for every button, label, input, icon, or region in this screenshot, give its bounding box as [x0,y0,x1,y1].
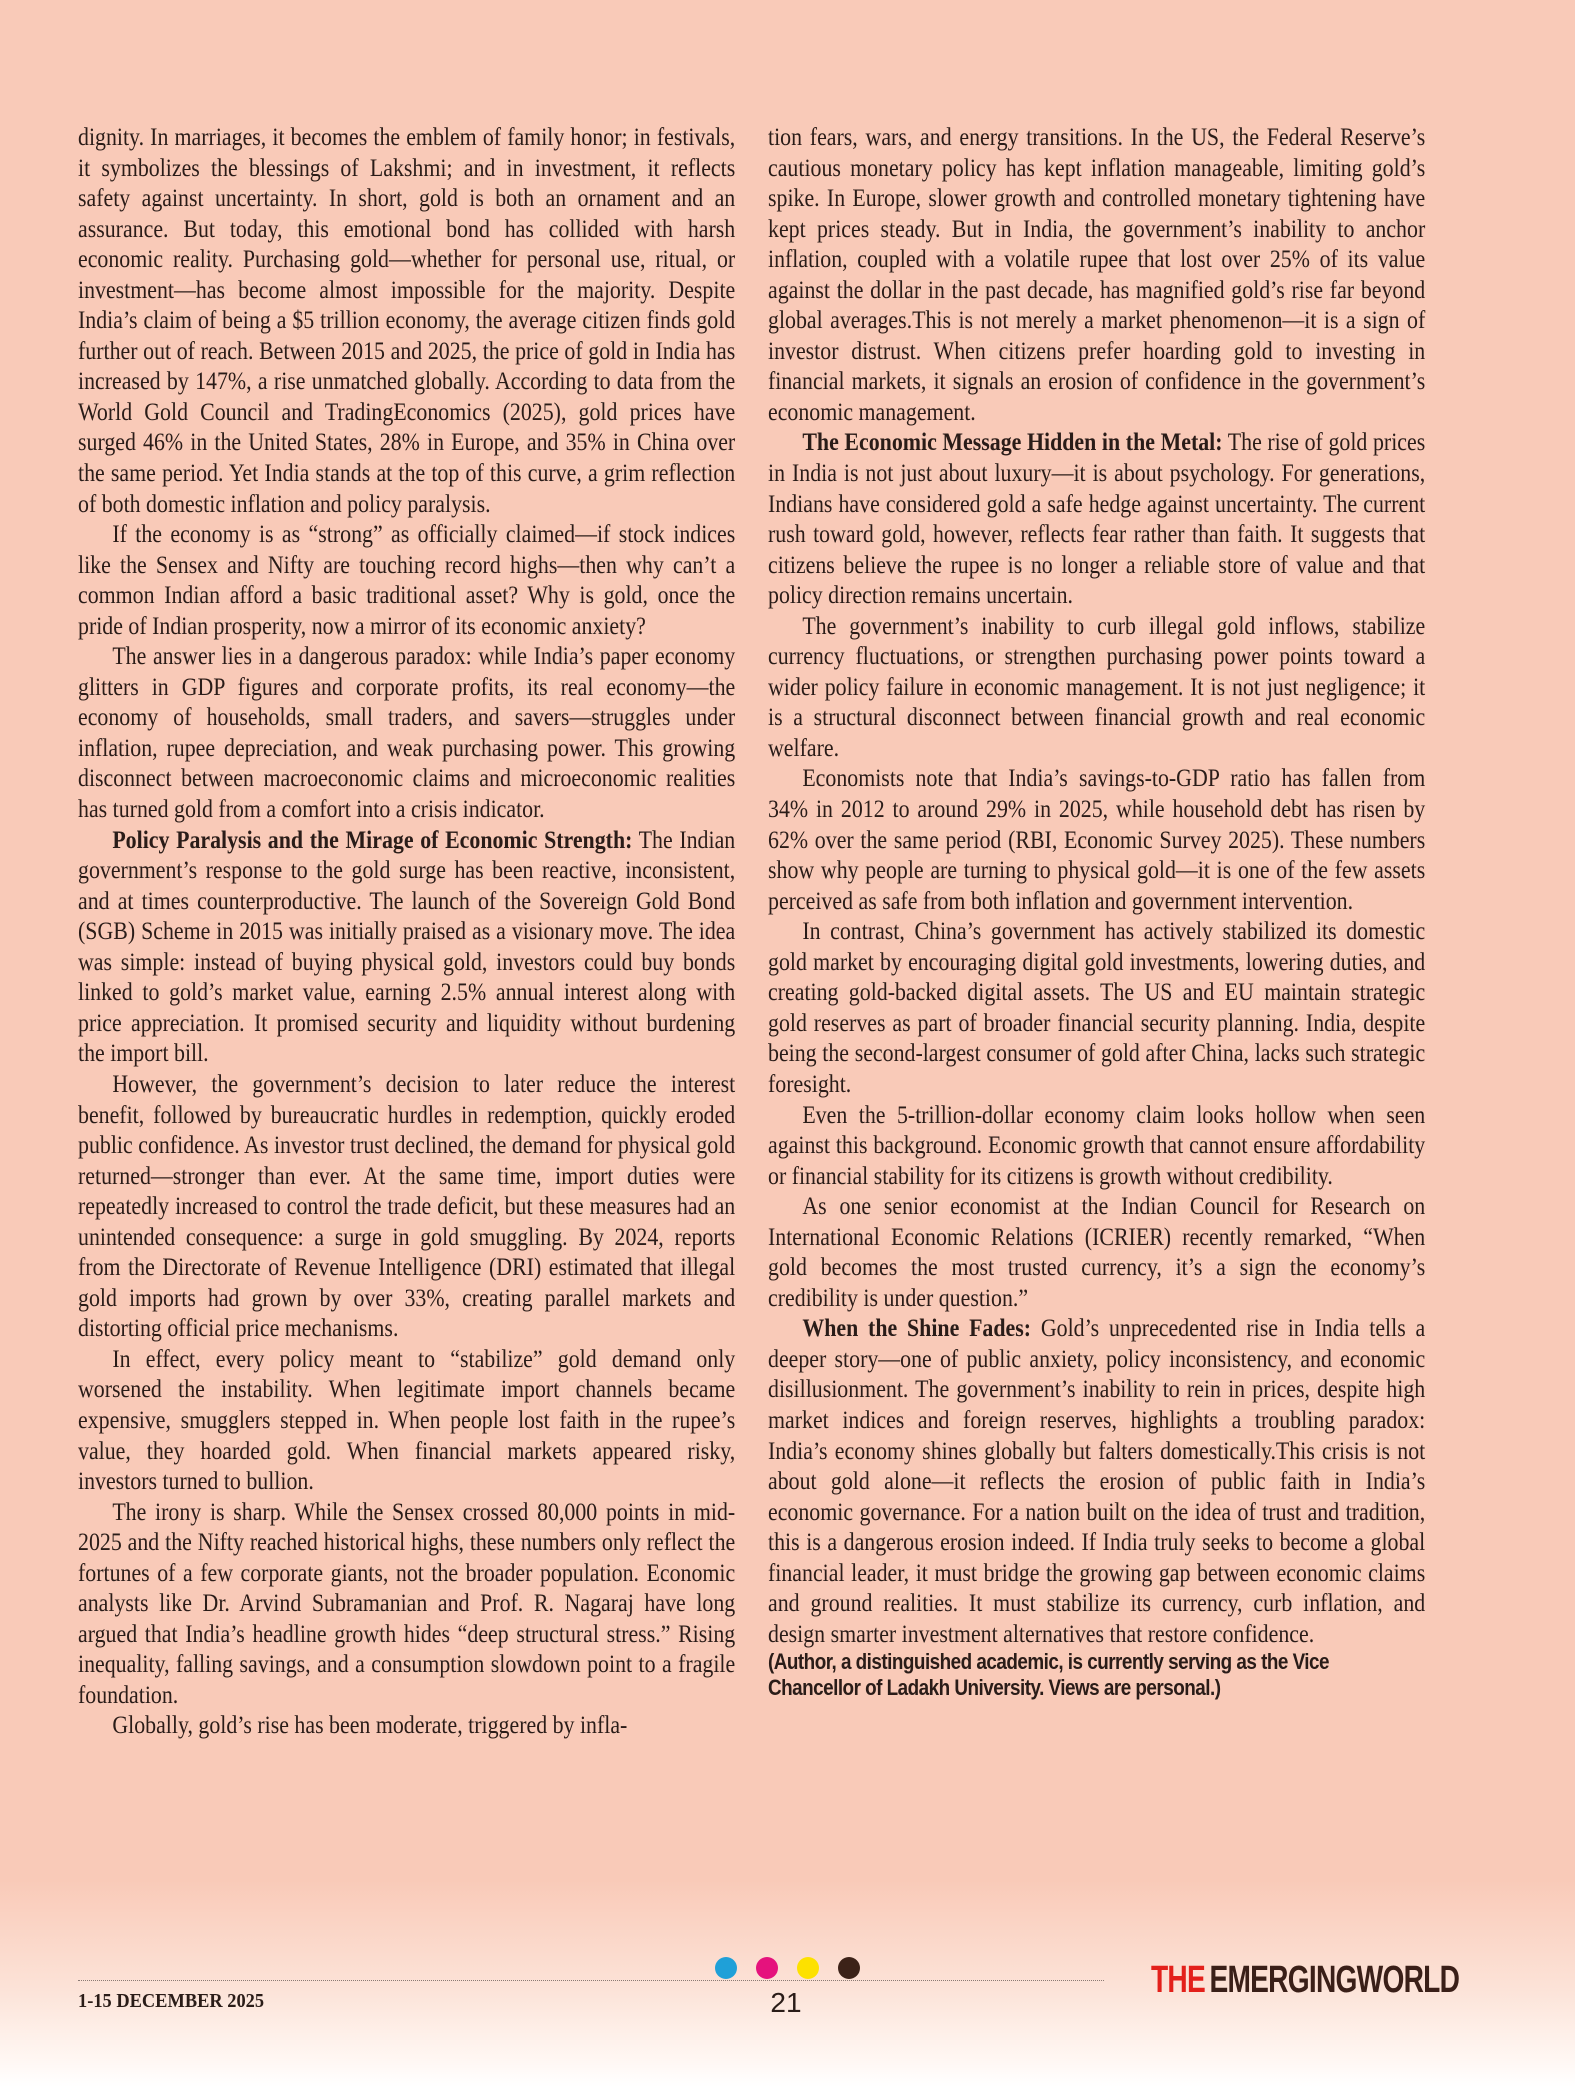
paragraph: tion fears, wars, and energy transitions… [768,122,1425,427]
cyan-dot-icon [715,1957,737,1979]
paragraph: Economists note that India’s savings-to-… [768,763,1425,916]
subheading: Policy Paralysis and the Mirage of Econo… [112,825,632,854]
paragraph: Globally, gold’s rise has been moderate,… [78,1710,735,1741]
page-number: 21 [766,1987,806,2019]
article-column-right: tion fears, wars, and energy transitions… [768,122,1425,1701]
paragraph: As one senior economist at the Indian Co… [768,1191,1425,1313]
paragraph-with-subheading: Policy Paralysis and the Mirage of Econo… [78,825,735,1069]
paragraph-text: Gold’s unprecedented rise in India tells… [768,1313,1425,1647]
paragraph-with-subheading: When the Shine Fades: Gold’s unprecedent… [768,1313,1425,1649]
logo-name: EMERGINGWORLD [1209,1959,1459,2001]
black-dot-icon [838,1957,860,1979]
paragraph: The irony is sharp. While the Sensex cro… [78,1497,735,1711]
issue-date: 1-15 DECEMBER 2025 [78,1990,264,2013]
paragraph: The government’s inability to curb illeg… [768,611,1425,764]
paragraph: However, the government’s decision to la… [78,1069,735,1344]
logo-prefix: THE [1151,1959,1205,2001]
paragraph: The answer lies in a dangerous paradox: … [78,641,735,824]
subheading: When the Shine Fades: [802,1313,1031,1342]
author-note: (Author, a distinguished academic, is cu… [768,1649,1425,1701]
paragraph: dignity. In marriages, it becomes the em… [78,122,735,519]
paragraph: In effect, every policy meant to “stabil… [78,1344,735,1497]
article-column-left: dignity. In marriages, it becomes the em… [78,122,735,1741]
yellow-dot-icon [797,1957,819,1979]
registration-dots [715,1957,860,1979]
paragraph: If the economy is as “strong” as officia… [78,519,735,641]
paragraph-text: The Indian government’s response to the … [78,825,735,1068]
footer-divider [78,1980,1104,1981]
publication-logo: THEEMERGINGWORLD [1151,1960,1459,2000]
paragraph: In contrast, China’s government has acti… [768,916,1425,1099]
subheading: The Economic Message Hidden in the Metal… [802,427,1222,456]
paragraph-with-subheading: The Economic Message Hidden in the Metal… [768,427,1425,610]
paragraph: Even the 5-trillion-dollar economy claim… [768,1100,1425,1192]
magenta-dot-icon [756,1957,778,1979]
